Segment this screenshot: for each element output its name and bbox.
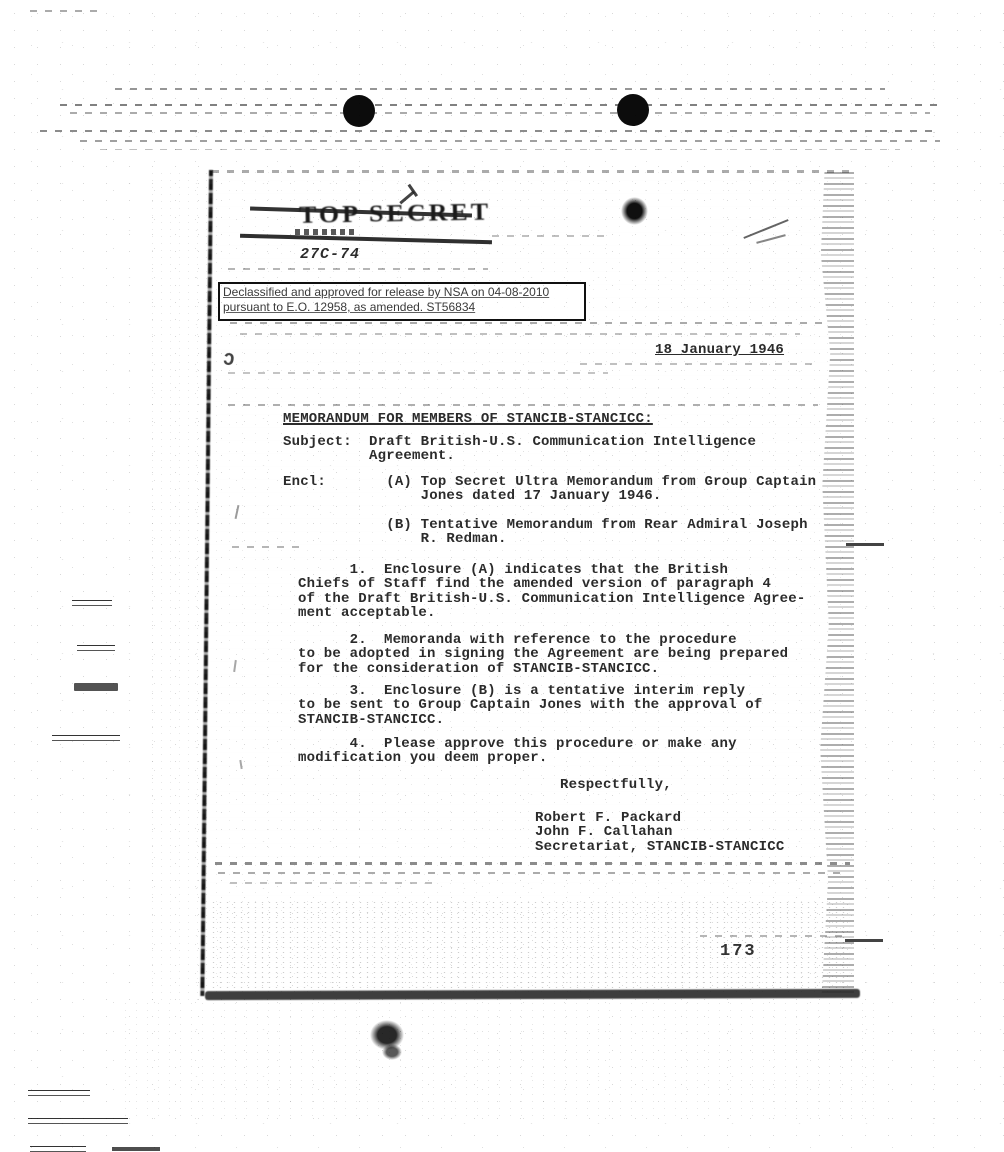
document-date: 18 January 1946 (655, 343, 784, 357)
subject-block: Subject: Draft British-U.S. Communicatio… (283, 435, 756, 464)
crossed-out-text (295, 229, 357, 235)
margin-mark-heavy (112, 1147, 160, 1151)
margin-mark (28, 1118, 128, 1124)
signature-block: Robert F. Packard John F. Callahan Secre… (535, 811, 784, 854)
scan-streak (215, 862, 850, 865)
scan-streak (232, 546, 302, 548)
ink-smudge (382, 1044, 402, 1060)
scan-streak (80, 140, 940, 142)
margin-pen-glyph: Ɔ (222, 353, 235, 369)
scan-streak (30, 10, 100, 12)
margin-mark (72, 600, 112, 606)
declassification-notice: Declassified and approved for release by… (218, 282, 586, 321)
margin-mark (30, 1146, 86, 1152)
memo-heading: MEMORANDUM FOR MEMBERS OF STANCIB-STANCI… (283, 412, 653, 426)
margin-mark (52, 735, 120, 741)
scan-streak (492, 235, 612, 237)
doc-reference-number: 27C-74 (300, 248, 360, 262)
scan-streak (228, 268, 488, 270)
paper-bottom-edge (205, 989, 860, 1000)
memo-paragraph-1: 1. Enclosure (A) indicates that the Brit… (298, 563, 805, 620)
scan-streak (115, 88, 885, 90)
margin-mark-heavy (74, 683, 118, 691)
hole-punch (617, 94, 649, 126)
memo-paragraph-2: 2. Memoranda with reference to the proce… (298, 633, 788, 676)
scan-streak (228, 404, 818, 406)
scan-streak (228, 372, 608, 374)
scan-streak (40, 130, 940, 132)
margin-dash (846, 543, 884, 546)
margin-mark (77, 645, 115, 651)
scan-streak (70, 112, 930, 114)
closing-line: Respectfully, (560, 778, 672, 792)
hole-punch (343, 95, 375, 127)
scan-noise-left-column (148, 170, 208, 1000)
memo-paragraph-3: 3. Enclosure (B) is a tentative interim … (298, 684, 762, 727)
scan-streak (60, 104, 940, 106)
scan-noise-footer-band (120, 1000, 880, 1120)
scan-streak (700, 935, 850, 937)
page-number: 173 (720, 945, 757, 959)
scan-streak (580, 363, 820, 365)
ink-stamp-blob (621, 197, 648, 225)
scan-streak (100, 149, 900, 150)
enclosure-block: Encl: (A) Top Secret Ultra Memorandum fr… (283, 475, 816, 546)
scan-streak (218, 872, 843, 874)
scan-streak (240, 333, 800, 335)
margin-mark (28, 1090, 90, 1096)
memo-paragraph-4: 4. Please approve this procedure or make… (298, 737, 737, 766)
paper-top-edge (212, 170, 852, 173)
scanned-document-page: TOP SECRET 27C-74 Declassified and appro… (0, 0, 1004, 1152)
margin-dash (845, 939, 883, 942)
scan-streak (230, 882, 440, 884)
scan-streak (230, 322, 830, 324)
